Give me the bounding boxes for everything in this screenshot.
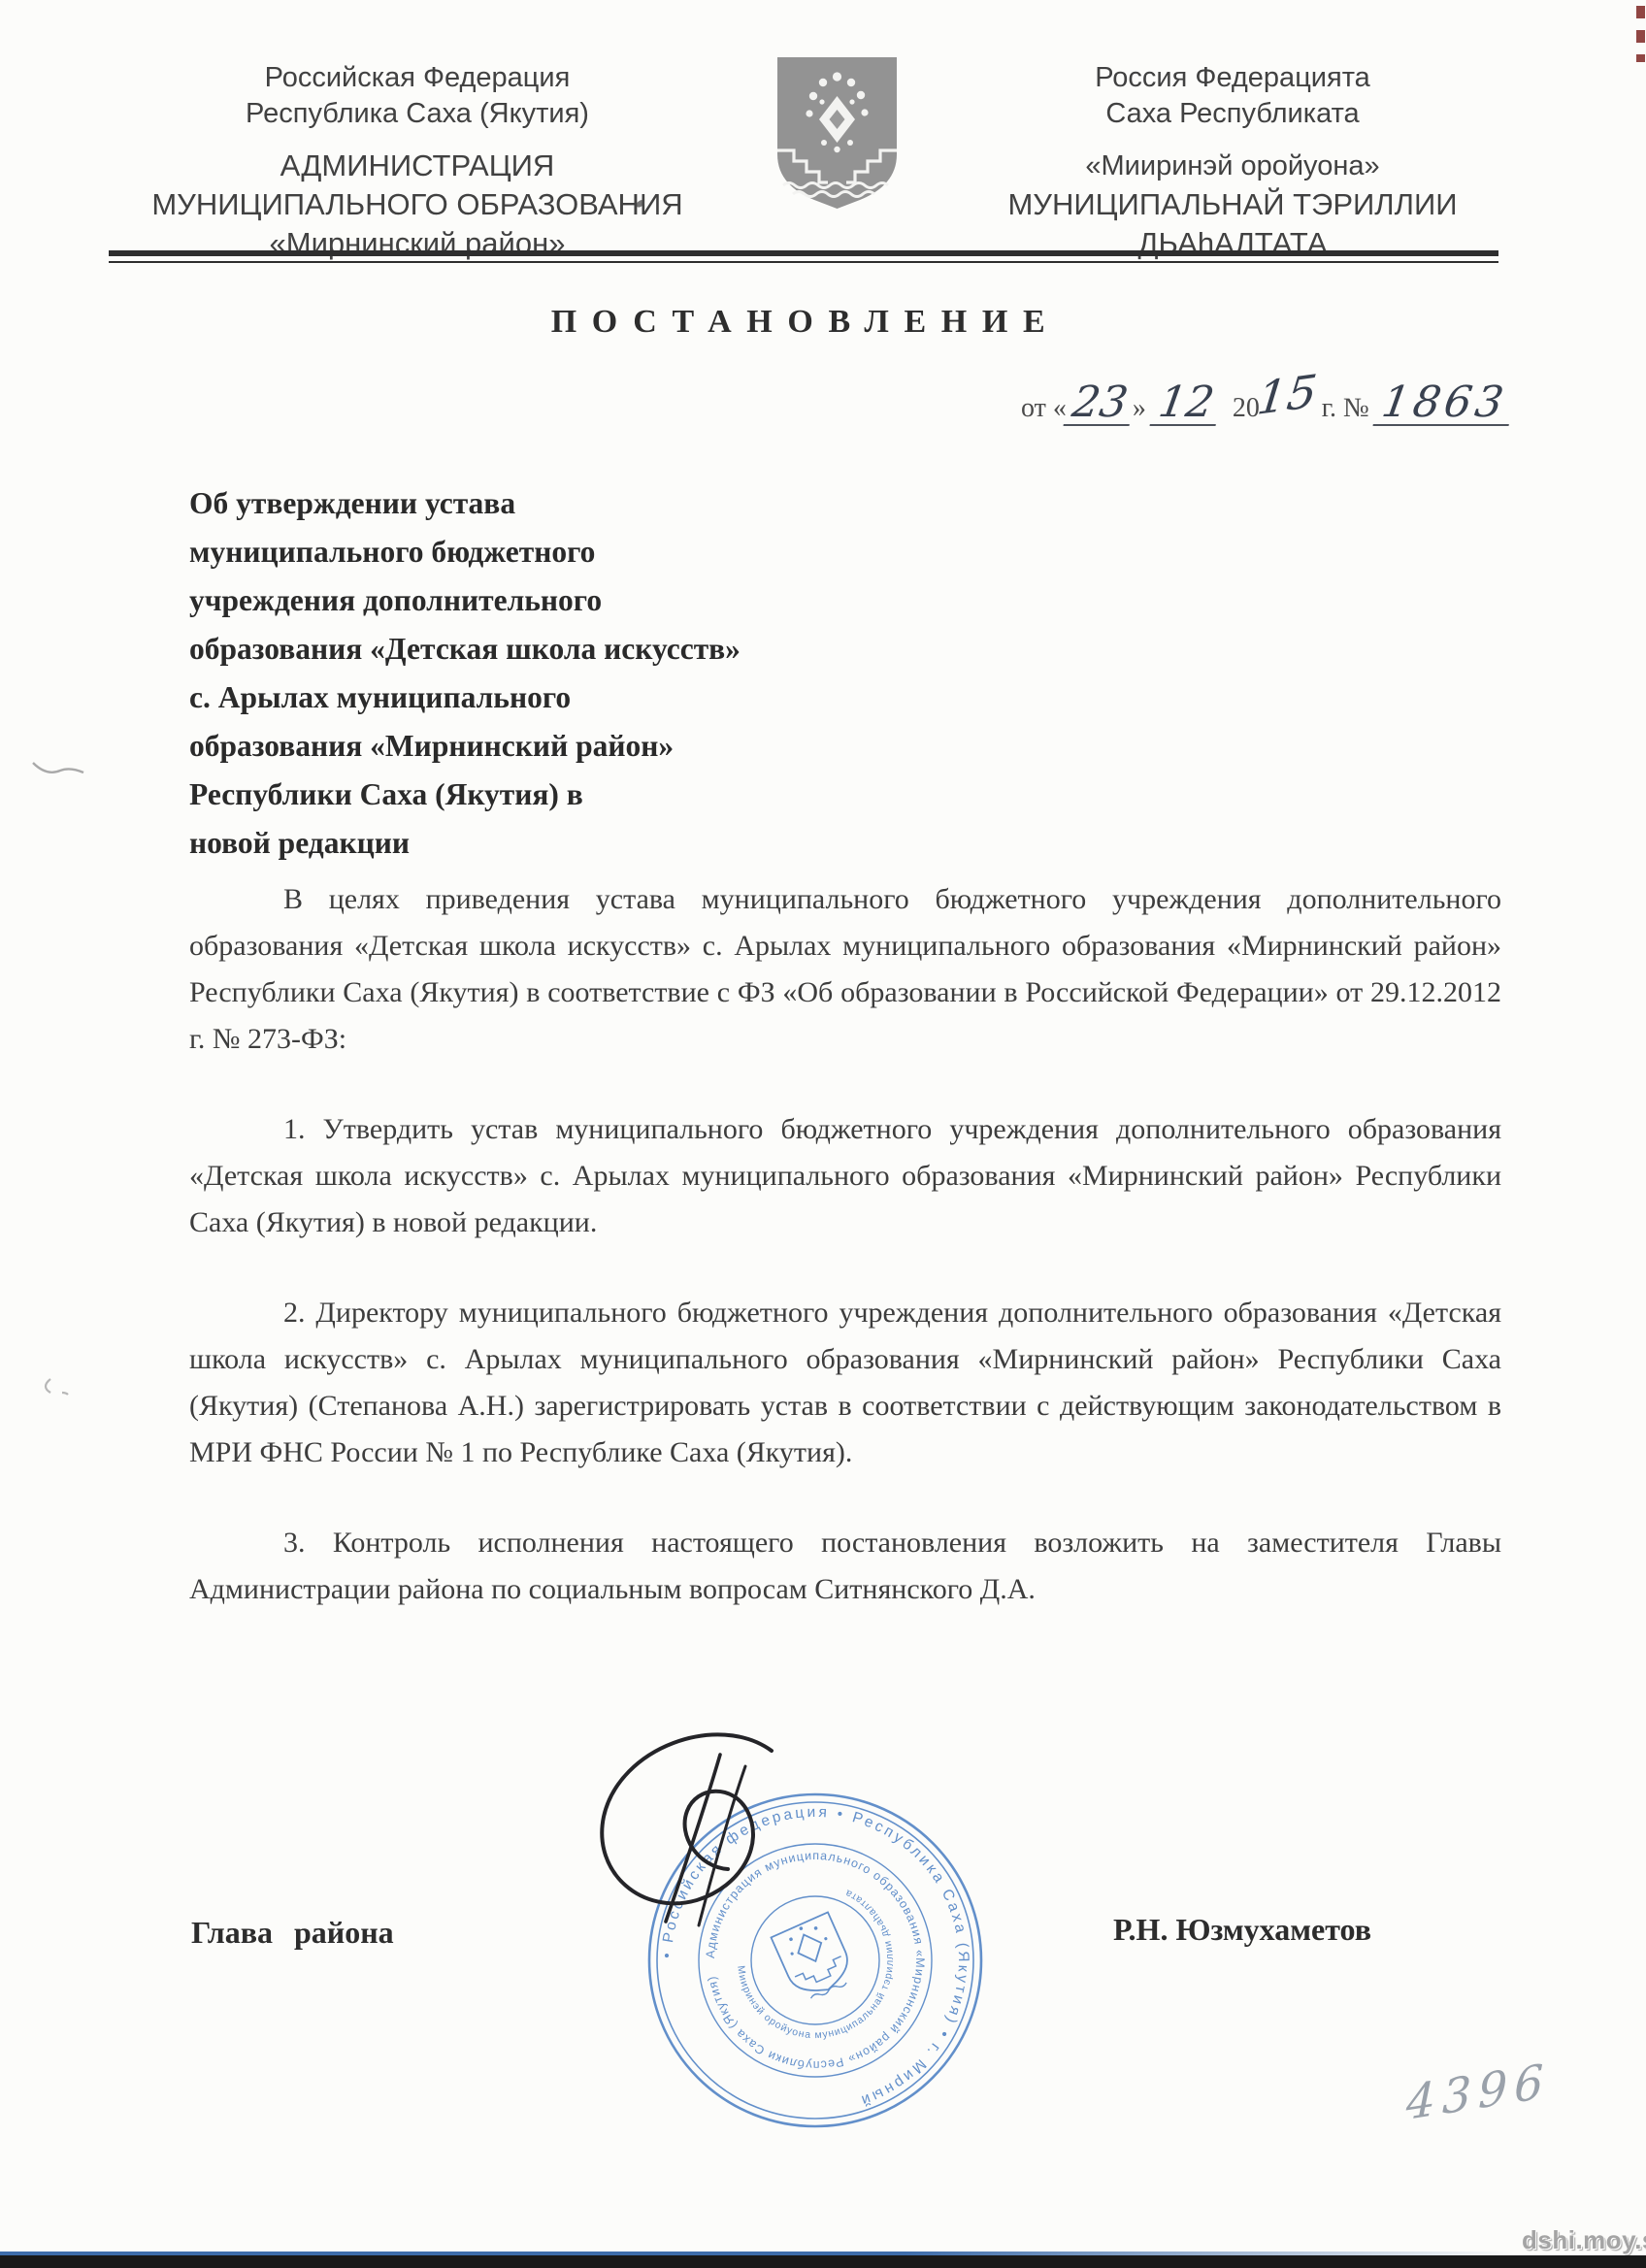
document-page: Российская Федерация Республика Саха (Як… [0,0,1646,2268]
signer-position: Глава района [191,1915,394,1951]
letterhead-russian: Российская Федерация Республика Саха (Як… [102,60,733,263]
letterhead-line: Россия Федерацията [912,60,1553,96]
subject-block: Об утверждении устава муниципального бюд… [189,479,869,868]
number-sign-label: г. № [1322,393,1369,423]
letterhead-line: Республика Саха (Якутия) [102,96,733,132]
handwritten-day: 23 [1063,383,1136,426]
signature-autograph [573,1720,815,1962]
subject-line: образования «Детская школа искусств» [189,625,869,674]
margin-pen-mark [29,755,87,784]
date-close-quote: » [1133,393,1146,423]
letterhead-line: АДМИНИСТРАЦИЯ [102,147,733,185]
date-prefix: от « [1021,393,1067,423]
letterhead-divider [109,250,1498,263]
subject-line: Об утверждении устава [189,479,869,528]
letterhead-line: Саха Республиката [912,96,1553,132]
letterhead-line: «Мииринэй оройуона» [912,147,1553,185]
body-text: В целях приведения устава муниципального… [189,876,1501,1657]
pencil-registry-number: 4396 [1405,2054,1550,2131]
document-title: ПОСТАНОВЛЕНИЕ [0,304,1611,341]
coat-of-arms-icon [772,53,903,212]
paragraph-item-2: 2. Директору муниципального бюджетного у… [189,1290,1501,1476]
subject-line: муниципального бюджетного [189,528,869,576]
subject-line: учреждения дополнительного [189,576,869,625]
margin-pen-mark [29,1373,87,1402]
paragraph-item-3: 3. Контроль исполнения настоящего постан… [189,1520,1501,1613]
letterhead-yakut: Россия Федерацията Саха Республиката «Ми… [912,60,1553,263]
subject-line: Республики Саха (Якутия) в [189,771,869,819]
letterhead-line: МУНИЦИПАЛЬНАЙ ТЭРИЛЛИИ [912,185,1553,224]
handwritten-year: 15 [1249,372,1325,422]
paragraph-item-1: 1. Утвердить устав муниципального бюджет… [189,1106,1501,1246]
scan-bottom-bar [0,2255,1646,2268]
letterhead-line: Российская Федерация [102,60,733,96]
subject-line: с. Арылах муниципального [189,674,869,722]
scan-edge-artifacts [1636,6,1646,122]
handwritten-number: 1863 [1372,383,1515,426]
date-number-line: от «23» 12 2015г. № 1863 [1021,382,1564,426]
signer-name: Р.Н. Юзмухаметов [1113,1912,1371,1948]
subject-line: образования «Мирнинский район» [189,722,869,771]
handwritten-month: 12 [1149,383,1222,426]
subject-line: новой редакции [189,819,869,868]
paragraph-preamble: В целях приведения устава муниципального… [189,876,1501,1063]
